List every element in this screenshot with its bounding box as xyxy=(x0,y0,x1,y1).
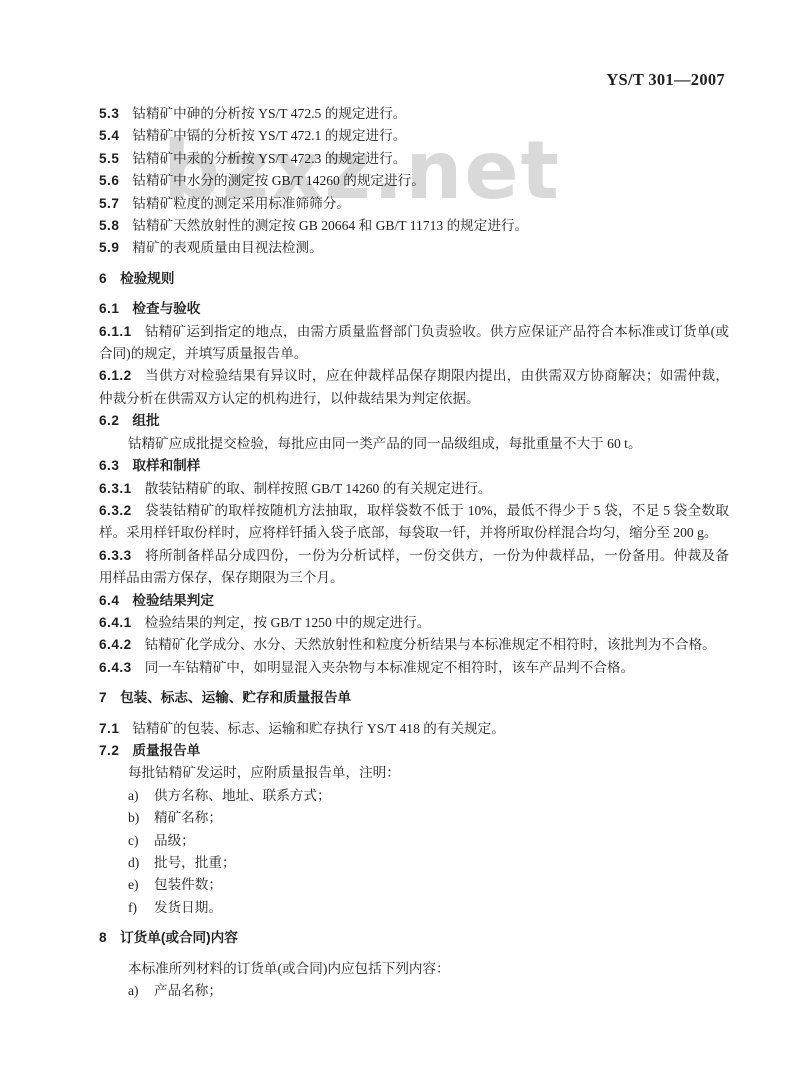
body-text: 产品名称； xyxy=(154,983,222,998)
list-item-label: f) xyxy=(128,897,154,919)
clause-6.4.2: 6.4.2钴精矿化学成分、水分、天然放射性和粒度分析结果与本标准规定不相符时，该… xyxy=(99,634,729,656)
body-text: 钴精矿应成批提交检验，每批应由同一类产品的同一品级组成，每批重量不大于 60 t… xyxy=(128,436,642,451)
clause-number: 6.4.1 xyxy=(99,615,132,630)
body-text: 钴精矿运到指定的地点，由需方质量监督部门负责验收。供方应保证产品符合本标准或订货… xyxy=(99,324,729,361)
clause-number: 5.9 xyxy=(99,240,119,255)
clause-number: 6 xyxy=(99,271,107,286)
clause-number: 7.1 xyxy=(99,721,119,736)
item-f): f)发货日期。 xyxy=(128,897,729,919)
sub-6.4: 6.4检验结果判定 xyxy=(99,590,729,612)
list-item-label: c) xyxy=(128,830,154,852)
body-text: 包装件数； xyxy=(154,877,222,892)
body-text: 品级； xyxy=(154,833,195,848)
clause-number: 6.2 xyxy=(99,413,119,428)
body-text: 钴精矿中水分的测定按 GB/T 14260 的规定进行。 xyxy=(132,173,424,188)
clause-number: 5.7 xyxy=(99,196,119,211)
body-text: 本标准所列材料的订货单(或合同)内应包括下列内容： xyxy=(128,961,450,976)
clause-number: 6.4 xyxy=(99,593,119,608)
item-e): e)包装件数； xyxy=(128,874,729,896)
heading-text: 包装、标志、运输、贮存和质量报告单 xyxy=(120,690,351,705)
list-item-label: e) xyxy=(128,874,154,896)
chapter-7: 7包装、标志、运输、贮存和质量报告单 xyxy=(99,687,729,709)
clause-number: 5.3 xyxy=(99,106,119,121)
para-p32: 本标准所列材料的订货单(或合同)内应包括下列内容： xyxy=(99,958,729,980)
item-a): a)供方名称、地址、联系方式； xyxy=(128,785,729,807)
body-text: 散装钴精矿的取、制样按照 GB/T 14260 的有关规定进行。 xyxy=(145,481,492,496)
body-text: 袋装钴精矿的取样按随机方法抽取，取样袋数不低于 10%，最低不得少于 5 袋，不… xyxy=(99,503,729,540)
heading-text: 检验结果判定 xyxy=(132,593,214,608)
clause-5.7: 5.7钴精矿粒度的测定采用标准筛筛分。 xyxy=(99,193,729,215)
clause-number: 6.3.1 xyxy=(99,481,132,496)
clause-6.3.1: 6.3.1散装钴精矿的取、制样按照 GB/T 14260 的有关规定进行。 xyxy=(99,478,729,500)
item-b): b)精矿名称； xyxy=(128,807,729,829)
clause-number: 6.4.2 xyxy=(99,637,132,652)
sub-6.2: 6.2组批 xyxy=(99,410,729,432)
clause-number: 6.1.2 xyxy=(99,368,132,383)
chapter-8: 8订货单(或合同)内容 xyxy=(99,927,729,949)
clause-6.4.1: 6.4.1检验结果的判定，按 GB/T 1250 中的规定进行。 xyxy=(99,612,729,634)
heading-text: 组批 xyxy=(132,413,159,428)
body-text: 供方名称、地址、联系方式； xyxy=(154,788,331,803)
clause-number: 5.4 xyxy=(99,128,119,143)
clause-number: 6.1.1 xyxy=(99,324,132,339)
body-text: 钴精矿中汞的分析按 YS/T 472.3 的规定进行。 xyxy=(132,151,406,166)
sub-7.2: 7.2质量报告单 xyxy=(99,740,729,762)
heading-text: 订货单(或合同)内容 xyxy=(120,930,238,945)
body-text: 精矿的表观质量由目视法检测。 xyxy=(132,240,322,255)
body-text: 钴精矿粒度的测定采用标准筛筛分。 xyxy=(132,196,350,211)
body-text: 发货日期。 xyxy=(154,900,222,915)
clause-number: 5.6 xyxy=(99,173,119,188)
clause-number: 6.3.3 xyxy=(99,548,132,563)
list-item-label: b) xyxy=(128,807,154,829)
clause-5.6: 5.6钴精矿中水分的测定按 GB/T 14260 的规定进行。 xyxy=(99,170,729,192)
clause-5.9: 5.9精矿的表观质量由目视法检测。 xyxy=(99,237,729,259)
clause-number: 5.8 xyxy=(99,218,119,233)
item-c): c)品级； xyxy=(128,830,729,852)
body-text: 钴精矿中镉的分析按 YS/T 472.1 的规定进行。 xyxy=(132,128,406,143)
document-body: 5.3钴精矿中砷的分析按 YS/T 472.5 的规定进行。5.4钴精矿中镉的分… xyxy=(99,103,729,1002)
body-text: 钴精矿天然放射性的测定按 GB 20664 和 GB/T 11713 的规定进行… xyxy=(132,218,528,233)
heading-text: 检查与验收 xyxy=(132,301,200,316)
clause-number: 7 xyxy=(99,690,107,705)
clause-number: 8 xyxy=(99,930,107,945)
body-text: 批号，批重； xyxy=(154,855,236,870)
body-text: 钴精矿化学成分、水分、天然放射性和粒度分析结果与本标准规定不相符时，该批判为不合… xyxy=(145,637,716,652)
list-item-label: d) xyxy=(128,852,154,874)
clause-7.1: 7.1钴精矿的包装、标志、运输和贮存执行 YS/T 418 的有关规定。 xyxy=(99,718,729,740)
list-item-label: a) xyxy=(128,980,154,1002)
clause-number: 6.1 xyxy=(99,301,119,316)
body-text: 钴精矿中砷的分析按 YS/T 472.5 的规定进行。 xyxy=(132,106,406,121)
clause-6.1.1: 6.1.1钴精矿运到指定的地点，由需方质量监督部门负责验收。供方应保证产品符合本… xyxy=(99,321,729,366)
body-text: 精矿名称； xyxy=(154,810,222,825)
body-text: 同一车钴精矿中，如明显混入夹杂物与本标准规定不相符时，该车产品判不合格。 xyxy=(145,660,634,675)
sub-6.1: 6.1检查与验收 xyxy=(99,298,729,320)
body-text: 钴精矿的包装、标志、运输和贮存执行 YS/T 418 的有关规定。 xyxy=(132,721,504,736)
clause-number: 5.5 xyxy=(99,151,119,166)
clause-5.4: 5.4钴精矿中镉的分析按 YS/T 472.1 的规定进行。 xyxy=(99,125,729,147)
item-d): d)批号，批重； xyxy=(128,852,729,874)
clause-5.3: 5.3钴精矿中砷的分析按 YS/T 472.5 的规定进行。 xyxy=(99,103,729,125)
body-text: 每批钴精矿发运时，应附质量报告单，注明： xyxy=(128,765,400,780)
clause-6.1.2: 6.1.2当供方对检验结果有异议时，应在仲裁样品保存期限内提出，由供需双方协商解… xyxy=(99,365,729,410)
body-text: 将所制备样品分成四份，一份为分析试样，一份交供方，一份为仲裁样品，一份备用。仲裁… xyxy=(99,548,729,585)
clause-6.3.2: 6.3.2袋装钴精矿的取样按随机方法抽取，取样袋数不低于 10%，最低不得少于 … xyxy=(99,500,729,545)
item-a): a)产品名称； xyxy=(128,980,729,1002)
list-item-label: a) xyxy=(128,785,154,807)
para-p12: 钴精矿应成批提交检验，每批应由同一类产品的同一品级组成，每批重量不大于 60 t… xyxy=(99,433,729,455)
heading-text: 检验规则 xyxy=(120,271,174,286)
heading-text: 取样和制样 xyxy=(132,458,200,473)
clause-5.5: 5.5钴精矿中汞的分析按 YS/T 472.3 的规定进行。 xyxy=(99,148,729,170)
clause-6.4.3: 6.4.3同一车钴精矿中，如明显混入夹杂物与本标准规定不相符时，该车产品判不合格… xyxy=(99,657,729,679)
chapter-6: 6检验规则 xyxy=(99,268,729,290)
standard-number: YS/T 301—2007 xyxy=(99,70,729,90)
clause-number: 6.4.3 xyxy=(99,660,132,675)
sub-6.3: 6.3取样和制样 xyxy=(99,455,729,477)
body-text: 检验结果的判定，按 GB/T 1250 中的规定进行。 xyxy=(145,615,431,630)
body-text: 当供方对检验结果有异议时，应在仲裁样品保存期限内提出，由供需双方协商解决；如需仲… xyxy=(99,368,729,405)
document-page: YS/T 301—2007 5.3钴精矿中砷的分析按 YS/T 472.5 的规… xyxy=(99,70,729,1002)
clause-number: 6.3 xyxy=(99,458,119,473)
clause-6.3.3: 6.3.3将所制备样品分成四份，一份为分析试样，一份交供方，一份为仲裁样品，一份… xyxy=(99,545,729,590)
heading-text: 质量报告单 xyxy=(132,743,200,758)
clause-number: 6.3.2 xyxy=(99,503,132,518)
clause-5.8: 5.8钴精矿天然放射性的测定按 GB 20664 和 GB/T 11713 的规… xyxy=(99,215,729,237)
clause-number: 7.2 xyxy=(99,743,119,758)
para-p24: 每批钴精矿发运时，应附质量报告单，注明： xyxy=(99,762,729,784)
